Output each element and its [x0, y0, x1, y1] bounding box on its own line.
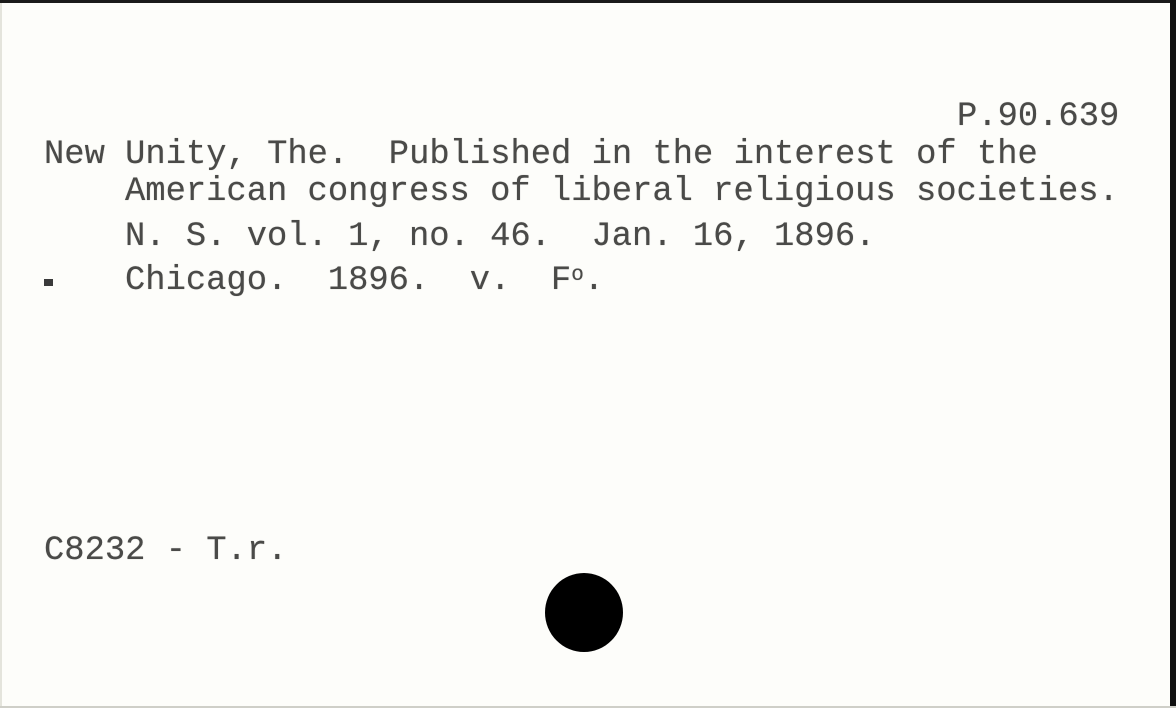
entry-line-imprint: Chicago. 1896. v. Fo.	[125, 265, 604, 299]
card-edge-shadow	[1170, 0, 1176, 708]
punch-hole	[545, 573, 623, 652]
imprint-superscript: o	[571, 264, 584, 287]
imprint-suffix: .	[584, 262, 604, 300]
bottom-note: C8232 - T.r.	[44, 535, 287, 569]
entry-line-subtitle: American congress of liberal religious s…	[125, 176, 1119, 210]
marker-bullet-icon	[44, 279, 53, 286]
entry-line-volume: N. S. vol. 1, no. 46. Jan. 16, 1896.	[125, 221, 875, 255]
entry-line-title: New Unity, The. Published in the interes…	[44, 139, 1038, 173]
call-number: P.90.639	[957, 101, 1119, 135]
imprint-text: Chicago. 1896. v. F	[125, 262, 571, 300]
